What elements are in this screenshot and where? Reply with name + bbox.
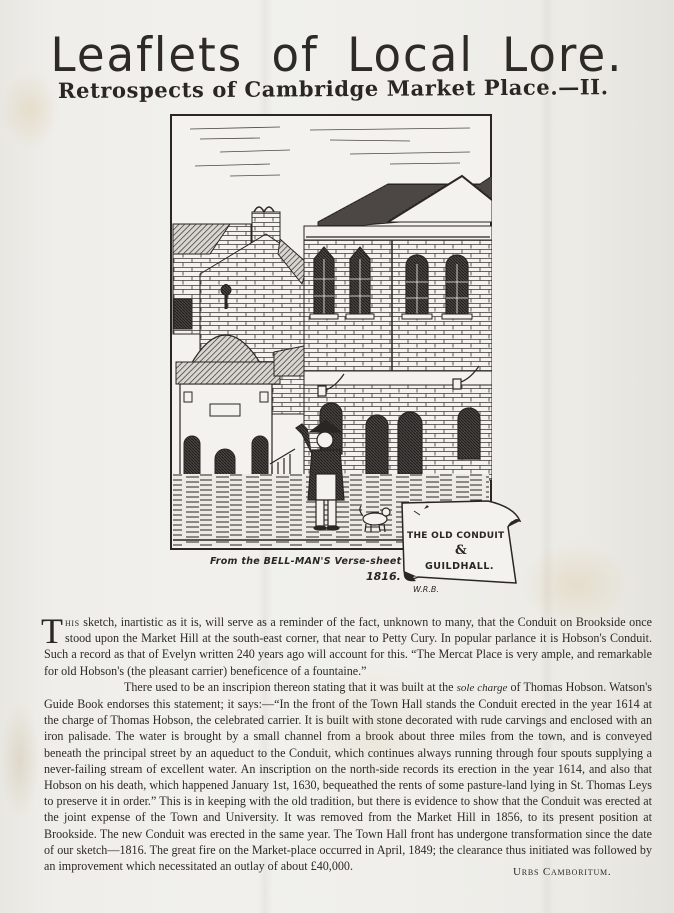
paragraph-1: This sketch, inartistic as it is, will s…	[44, 614, 652, 679]
paragraph-1-text: sketch, inartistic as it is, will serve …	[44, 615, 652, 678]
article-body: This sketch, inartistic as it is, will s…	[44, 614, 652, 874]
paragraph-2-italic: sole charge	[457, 682, 508, 694]
paragraph-2: There used to be an inscripion thereon s…	[44, 679, 652, 874]
page-subtitle: Retrospects of Cambridge Market Place.—I…	[58, 74, 638, 103]
paragraph-2-start: There used to be an inscripion thereon s…	[124, 680, 457, 694]
illustration-year: 1816.	[366, 570, 401, 583]
scroll-line-2: GUILDHALL.	[425, 561, 494, 572]
paragraph-2-rest: of Thomas Hobson. Watson's Guide Book en…	[44, 680, 652, 873]
illustration-credit: From the BELL-MAN'S Verse-sheet	[210, 556, 402, 567]
paper-stain	[0, 700, 40, 820]
lead-word: his	[65, 615, 80, 629]
artist-signature: W.R.B.	[413, 585, 439, 594]
engraving-illustration	[170, 114, 492, 550]
author-signature: Urbs Camboritum.	[513, 866, 611, 878]
scroll-ampersand: &	[455, 543, 467, 558]
scroll-line-1: THE OLD CONDUIT	[407, 531, 505, 541]
drop-cap: T	[41, 617, 63, 645]
